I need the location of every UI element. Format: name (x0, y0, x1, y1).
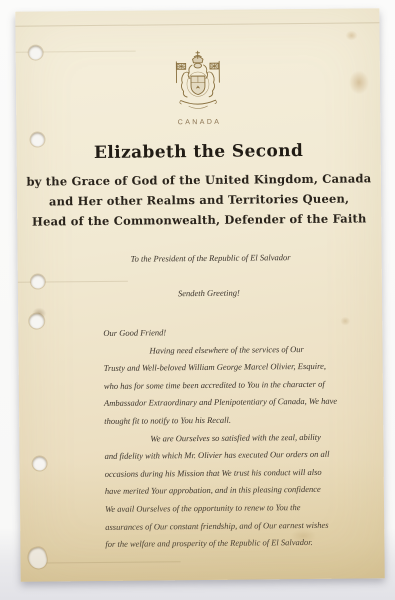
letter-body-line: We are Ourselves so satisfied with the z… (104, 428, 337, 448)
letter-body-line: thought fit to notify to You his Recall. (104, 411, 337, 431)
letter-body-line: and fidelity with which Mr. Olivier has … (104, 446, 337, 466)
punch-hole (31, 274, 45, 288)
letter-body: Our Good Friend!Having need elsewhere of… (103, 323, 338, 554)
coat-of-arms-icon (169, 50, 228, 117)
punch-hole-torn (26, 546, 49, 571)
salutation-line: To the President of the Republic of El S… (131, 252, 291, 264)
greeting-line: Sendeth Greeting! (178, 288, 240, 299)
punch-hole (29, 313, 44, 328)
letter-body-line: who has for some time been accredited to… (104, 375, 337, 395)
scratch-line (31, 561, 181, 563)
letter-body-line: Having need elsewhere of the services of… (103, 340, 336, 360)
letter-body-line: Our Good Friend! (103, 323, 336, 343)
stain (340, 317, 350, 326)
letter-body-line: have merited Your approbation, and in th… (105, 481, 338, 501)
crease-line (15, 22, 379, 26)
paper-sheet: CANADA Elizabeth the Second by the Grace… (15, 8, 384, 581)
letter-body-line: occasions during his Mission that We tru… (105, 463, 338, 483)
royal-style-line: Head of the Commonwealth, Defender of th… (17, 208, 381, 231)
letter-body-line: Ambassador Extraordinary and Plenipotent… (104, 393, 337, 413)
punch-hole (29, 45, 43, 59)
letter-body-line: for the welfare and prosperity of the Re… (105, 534, 338, 554)
canada-label: CANADA (158, 119, 238, 127)
letter-body-line: We avail Ourselves of the opportunity to… (105, 499, 338, 519)
canada-coat-of-arms: CANADA (158, 50, 239, 127)
photo-of-document: CANADA Elizabeth the Second by the Grace… (0, 0, 395, 600)
stain (345, 30, 357, 40)
letter-body-line: Trusty and Well-beloved William George M… (104, 358, 337, 378)
royal-style-lines: by the Grace of God of the United Kingdo… (17, 168, 382, 231)
letter-body-line: assurances of Our constant friendship, a… (105, 516, 338, 536)
punch-hole (33, 456, 47, 470)
document-title: Elizabeth the Second (17, 140, 381, 163)
stain (349, 70, 369, 94)
